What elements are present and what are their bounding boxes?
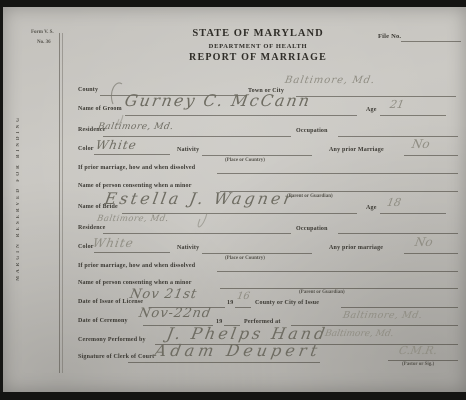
groom-prior-line: [404, 155, 458, 156]
groom-nativity-label: Nativity: [177, 147, 199, 153]
performed-by-label: Ceremony Performed by: [78, 337, 146, 343]
town-city-line: [296, 96, 456, 97]
scan-edge-top: [0, 0, 466, 7]
bride-prior-handwriting: No: [414, 235, 434, 249]
performed-by-place-handwriting: Baltimore, Md.: [324, 329, 394, 339]
bride-minor-hint: (Parent or Guardian): [299, 290, 345, 295]
header-title: REPORT OF MARRIAGE: [133, 52, 383, 63]
bride-nativity-hint: (Place or Country): [225, 256, 265, 261]
bride-minor-line: [220, 288, 458, 289]
clerk-right-line: [388, 360, 458, 361]
groom-dissolved-line: [217, 173, 458, 174]
bride-occupation-label: Occupation: [296, 226, 328, 232]
groom-occupation-line: [338, 136, 458, 137]
license-year-line: [235, 307, 251, 308]
groom-age-line: [380, 115, 446, 116]
groom-name-label: Name of Groom: [78, 106, 122, 112]
groom-age-handwriting: 21: [389, 98, 405, 111]
bride-color-handwriting: White: [92, 236, 135, 250]
county-label: County: [78, 87, 98, 93]
bride-residence-label: Residence: [78, 225, 105, 231]
groom-occupation-label: Occupation: [296, 128, 328, 134]
bride-occupation-line: [338, 233, 458, 234]
header-state: STATE OF MARYLAND: [133, 28, 383, 39]
groom-residence-line: [103, 136, 291, 137]
bride-color-line: [94, 252, 170, 253]
license-issue-label: County or City of Issue: [255, 300, 319, 306]
groom-nativity-line: [202, 155, 312, 156]
file-no-line: [401, 41, 461, 42]
bride-dissolved-label: If prior marriage, how and when dissolve…: [78, 263, 195, 269]
license-year-prefix: 19: [227, 300, 233, 306]
form-ref-line2: No. 36: [37, 40, 51, 45]
form-ref-line1: Form V. S.: [31, 30, 54, 35]
groom-age-label: Age: [366, 107, 377, 113]
clerk-signature-line: [128, 362, 320, 363]
groom-name-line: [125, 115, 357, 116]
bride-prior-line: [404, 253, 458, 254]
bride-dissolved-line: [217, 271, 458, 272]
groom-name-handwriting: Gurney C. McCann: [123, 91, 313, 110]
bride-minor-label: Name of person consenting when a minor: [78, 280, 192, 286]
bride-residence-line: [103, 233, 291, 234]
license-date-handwriting: Nov 21st: [129, 287, 199, 302]
header-department: DEPARTMENT OF HEALTH: [133, 43, 383, 50]
license-issue-line: [341, 307, 458, 308]
scanned-marriage-report: MARGIN RESERVED FOR BINDING Form V. S. N…: [0, 0, 466, 400]
groom-color-handwriting: White: [95, 138, 138, 152]
groom-residence-handwriting: Baltimore, Md.: [97, 122, 174, 132]
groom-nativity-hint: (Place or Country): [225, 158, 265, 163]
bride-prior-label: Any prior marriage: [329, 245, 383, 251]
license-year-handwriting: 16: [236, 291, 251, 302]
town-city-handwriting: Baltimore, Md.: [284, 75, 376, 86]
binding-margin-rule: [59, 33, 63, 373]
clerk-signature-handwriting: Adam Deupert: [153, 341, 322, 360]
ceremony-date-label: Date of Ceremony: [78, 318, 128, 324]
clerk-label: Signature of Clerk of Court: [78, 354, 154, 360]
file-no-label: File No.: [378, 33, 401, 40]
performed-at-handwriting: Baltimore, Md.: [342, 310, 423, 321]
bride-name-handwriting: Estella J. Wagner: [103, 189, 296, 208]
bride-residence-note-handwriting: Baltimore, Md.: [96, 214, 169, 224]
bride-nativity-label: Nativity: [177, 245, 199, 251]
groom-prior-handwriting: No: [411, 137, 431, 151]
ceremony-date-handwriting: Nov-22nd: [138, 306, 213, 321]
groom-color-line: [94, 154, 170, 155]
bride-age-label: Age: [366, 205, 377, 211]
groom-prior-label: Any prior Marriage: [329, 147, 384, 153]
bride-age-handwriting: 18: [386, 196, 402, 209]
clerk-initials-hint: (Pastor or Sig.): [402, 362, 434, 367]
document-paper: MARGIN RESERVED FOR BINDING Form V. S. N…: [3, 7, 466, 392]
clerk-initials-handwriting: C.M.R.: [398, 344, 438, 357]
bride-age-line: [380, 213, 446, 214]
scan-edge-bottom: [0, 392, 466, 400]
bride-nativity-line: [202, 253, 312, 254]
groom-dissolved-label: If prior marriage, how and when dissolve…: [78, 165, 195, 171]
binding-margin-note: MARGIN RESERVED FOR BINDING: [16, 115, 21, 281]
groom-color-label: Color: [78, 146, 94, 152]
